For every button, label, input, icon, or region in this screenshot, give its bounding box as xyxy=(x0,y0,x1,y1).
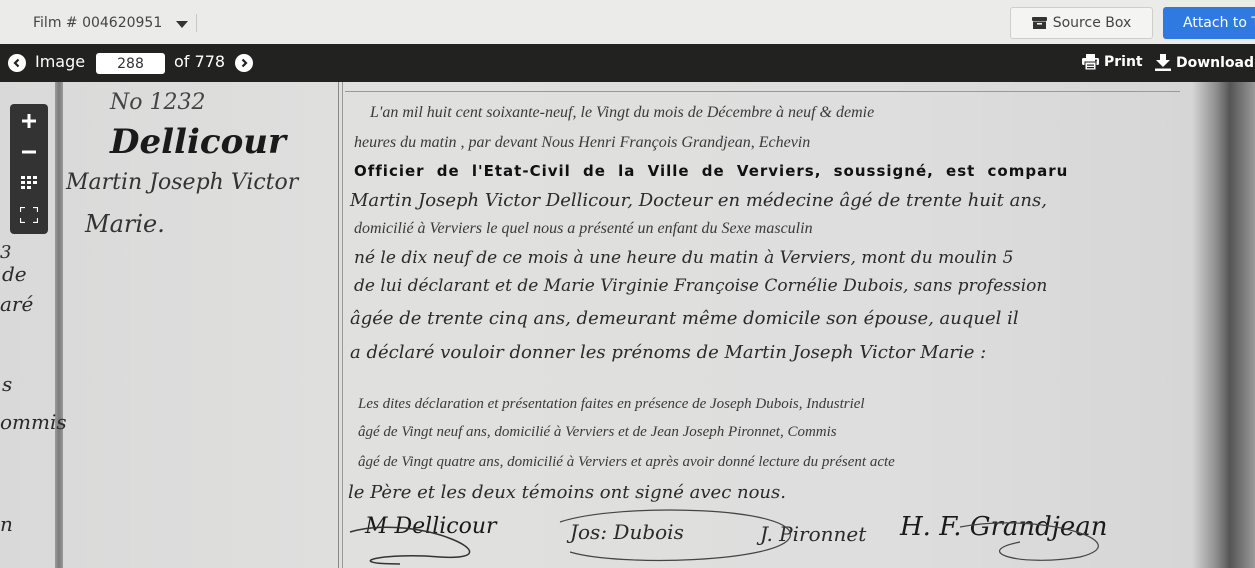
image-label: Image xyxy=(35,52,85,71)
record-line: âgée de trente cinq ans, demeurant même … xyxy=(350,308,1019,329)
print-label: Print xyxy=(1104,54,1143,70)
record-line: Martin Joseph Victor Dellicour, Docteur … xyxy=(350,190,1047,211)
margin-rule xyxy=(342,82,343,568)
minus-icon xyxy=(22,145,36,159)
chevron-left-icon xyxy=(12,58,22,68)
grid-icon xyxy=(21,176,38,191)
fragment-text: 3 xyxy=(0,242,11,263)
fragment-text: de xyxy=(2,262,27,286)
top-header: Film # 004620951 Source Box Attach to Tr… xyxy=(0,0,1255,44)
attach-to-tree-button[interactable]: Attach to Tree xyxy=(1163,7,1255,39)
record-line: Les dites déclaration et présentation fa… xyxy=(358,396,865,413)
margin-surname: Dellicour xyxy=(110,122,286,162)
record-line: a déclaré vouloir donner les prénoms de … xyxy=(350,342,986,363)
download-button[interactable]: Download xyxy=(1155,54,1254,71)
print-button[interactable]: Print xyxy=(1082,54,1143,70)
margin-given-names-2: Marie. xyxy=(85,210,165,238)
image-viewer[interactable]: 3 de aré s ommis n No 1232 Dellicour Mar… xyxy=(0,82,1255,568)
fullscreen-button[interactable] xyxy=(10,200,48,230)
page-border-line xyxy=(55,82,63,568)
top-rule xyxy=(345,91,1180,92)
zoom-controls xyxy=(10,104,48,234)
fragment-text: n xyxy=(0,512,13,536)
next-image-button[interactable] xyxy=(235,54,253,72)
record-line: domicilié à Verviers le quel nous a prés… xyxy=(354,220,813,238)
plus-icon xyxy=(22,114,36,128)
page-number-input[interactable] xyxy=(96,53,165,74)
divider xyxy=(196,14,197,32)
source-box-label: Source Box xyxy=(1053,15,1132,31)
fragment-text: ommis xyxy=(0,410,67,434)
margin-given-names: Martin Joseph Victor xyxy=(66,170,298,195)
attach-label: Attach to Tree xyxy=(1183,15,1255,31)
source-box-button[interactable]: Source Box xyxy=(1010,7,1153,39)
record-line: Officier de l'Etat-Civil de la Ville de … xyxy=(354,162,1068,180)
record-line: L'an mil huit cent soixante-neuf, le Vin… xyxy=(370,104,874,122)
record-line: de lui déclarant et de Marie Virginie Fr… xyxy=(354,276,1047,296)
margin-number: No 1232 xyxy=(110,90,205,115)
total-pages: of 778 xyxy=(174,52,225,71)
record-line: heures du matin , par devant Nous Henri … xyxy=(354,134,810,152)
download-label: Download xyxy=(1176,55,1254,71)
chevron-right-icon xyxy=(239,58,249,68)
image-toolbar: Image of 778 Print Download xyxy=(0,44,1255,82)
archive-box-icon xyxy=(1032,17,1047,29)
previous-image-button[interactable] xyxy=(8,54,26,72)
printer-icon xyxy=(1082,54,1099,70)
record-line: âgé de Vingt neuf ans, domicilié à Vervi… xyxy=(358,424,837,441)
download-icon xyxy=(1155,54,1171,71)
margin-rule xyxy=(338,82,339,568)
fragment-text: s xyxy=(2,372,12,396)
signature-flourish xyxy=(320,502,1220,568)
record-line: le Père et les deux témoins ont signé av… xyxy=(348,482,786,503)
fragment-text: aré xyxy=(0,292,33,316)
fullscreen-icon xyxy=(20,207,38,223)
zoom-out-button[interactable] xyxy=(10,137,48,167)
film-number: Film # 004620951 xyxy=(33,15,162,31)
record-line: âgé de Vingt quatre ans, domicilié à Ver… xyxy=(358,454,895,471)
chevron-down-icon[interactable] xyxy=(176,21,188,28)
film-selector[interactable]: Film # 004620951 xyxy=(33,14,197,32)
grid-view-button[interactable] xyxy=(10,168,48,198)
record-line: né le dix neuf de ce mois à une heure du… xyxy=(354,248,1013,268)
zoom-in-button[interactable] xyxy=(10,106,48,136)
